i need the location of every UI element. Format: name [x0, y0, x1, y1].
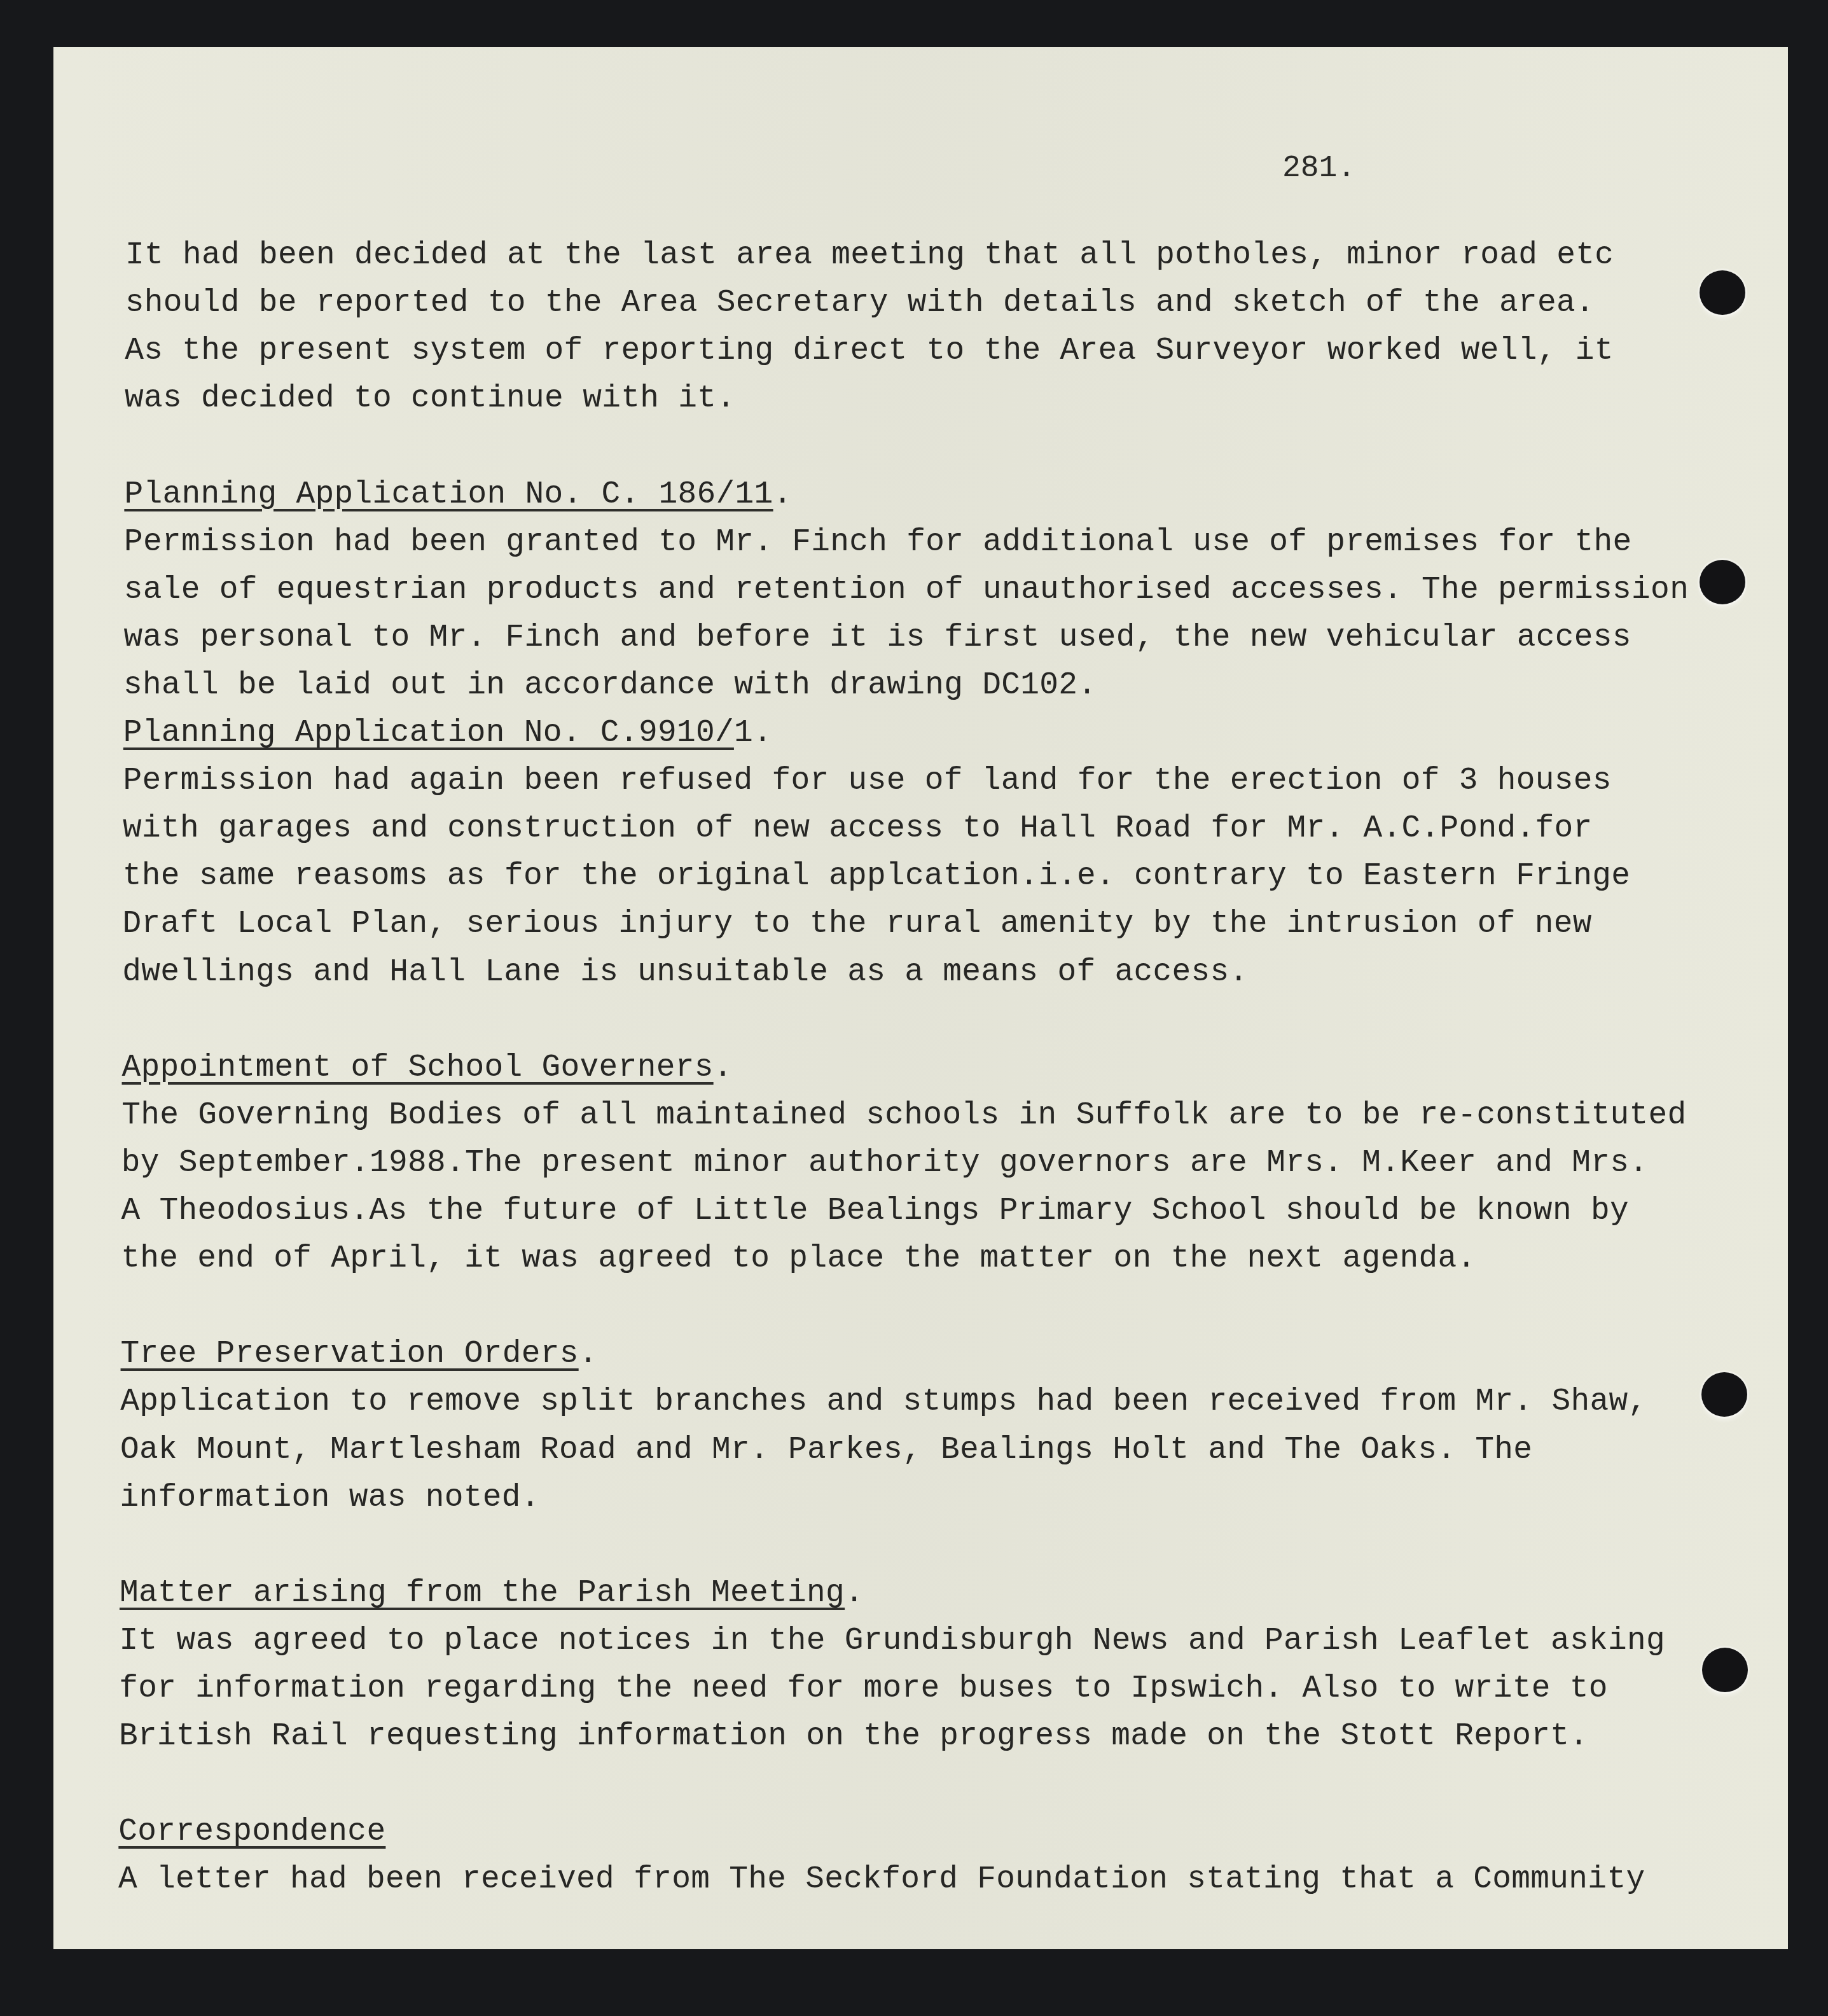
- body-text-line: Application to remove split branches and…: [120, 1384, 1647, 1419]
- line-text: was personal to Mr. Finch and before it …: [123, 620, 1631, 655]
- body-text-line: by September.1988.The present minor auth…: [121, 1145, 1648, 1181]
- heading-text: Correspondence: [118, 1814, 385, 1849]
- body-text-line: British Rail requesting information on t…: [119, 1718, 1588, 1754]
- body-text-line: Permission had been granted to Mr. Finch…: [124, 524, 1631, 560]
- body-text-line: Permission had again been refused for us…: [123, 763, 1611, 798]
- body-text-line: shall be laid out in accordance with dra…: [123, 667, 1097, 703]
- body-text-line: sale of equestrian products and retentio…: [124, 572, 1689, 608]
- body-text-line: It had been decided at the last area mee…: [125, 237, 1614, 273]
- line-text: information was noted.: [120, 1480, 540, 1515]
- page-number: 281.: [1282, 151, 1355, 186]
- body-text-line: It was agreed to place notices in the Gr…: [120, 1623, 1665, 1658]
- body-text-line: with garages and construction of new acc…: [123, 810, 1592, 846]
- line-text: Oak Mount, Martlesham Road and Mr. Parke…: [120, 1432, 1532, 1468]
- heading-text: Planning Application No. C. 186/11: [124, 476, 773, 512]
- body-text-line: Oak Mount, Martlesham Road and Mr. Parke…: [120, 1432, 1532, 1468]
- section-heading: Tree Preservation Orders.: [121, 1336, 598, 1372]
- section-heading: Matter arising from the Parish Meeting.: [120, 1575, 864, 1611]
- heading-trailing-punctuation: .: [773, 476, 793, 512]
- heading-text: Planning Application No. C.9910/: [123, 715, 734, 751]
- heading-trailing-punctuation: .: [714, 1050, 733, 1085]
- section-heading: Planning Application No. C. 186/11.: [124, 476, 792, 512]
- section-heading: Correspondence: [118, 1814, 385, 1849]
- line-text: the end of April, it was agreed to place…: [121, 1241, 1476, 1276]
- line-text: dwellings and Hall Lane is unsuitable as…: [122, 954, 1248, 990]
- line-text: the same reasoms as for the original app…: [123, 858, 1630, 894]
- line-text: with garages and construction of new acc…: [123, 810, 1592, 846]
- body-text-line: A letter had been received from The Seck…: [118, 1861, 1645, 1897]
- body-text-line: A Theodosius.As the future of Little Bea…: [121, 1193, 1629, 1228]
- line-text: Draft Local Plan, serious injury to the …: [122, 906, 1591, 942]
- body-text-line: the same reasoms as for the original app…: [123, 858, 1630, 894]
- section-heading: Appointment of School Governers.: [122, 1050, 733, 1085]
- line-text: The Governing Bodies of all maintained s…: [121, 1097, 1686, 1133]
- section-heading: Planning Application No. C.9910/1.: [123, 715, 772, 751]
- line-text: Permission had been granted to Mr. Finch…: [124, 524, 1631, 560]
- punch-hole-icon: [1700, 560, 1745, 604]
- punch-hole-icon: [1701, 1372, 1747, 1417]
- body-text-line: The Governing Bodies of all maintained s…: [121, 1097, 1686, 1133]
- body-text-line: for information regarding the need for m…: [119, 1671, 1607, 1706]
- line-text: British Rail requesting information on t…: [119, 1718, 1588, 1754]
- heading-text: Matter arising from the Parish Meeting: [120, 1575, 845, 1611]
- line-text: shall be laid out in accordance with dra…: [123, 667, 1097, 703]
- heading-text: Appointment of School Governers: [122, 1050, 714, 1085]
- heading-trailing-punctuation: 1.: [734, 715, 772, 751]
- body-text-line: dwellings and Hall Lane is unsuitable as…: [122, 954, 1248, 990]
- body-text-line: was decided to continue with it.: [125, 380, 735, 416]
- body-text-line: As the present system of reporting direc…: [125, 333, 1613, 368]
- line-text: should be reported to the Area Secretary…: [125, 285, 1595, 321]
- body-text-line: was personal to Mr. Finch and before it …: [123, 620, 1631, 655]
- line-text: sale of equestrian products and retentio…: [124, 572, 1689, 608]
- line-text: for information regarding the need for m…: [119, 1671, 1607, 1706]
- line-text: It was agreed to place notices in the Gr…: [120, 1623, 1665, 1658]
- body-text-line: the end of April, it was agreed to place…: [121, 1241, 1476, 1276]
- line-text: As the present system of reporting direc…: [125, 333, 1613, 368]
- line-text: Permission had again been refused for us…: [123, 763, 1611, 798]
- line-text: by September.1988.The present minor auth…: [121, 1145, 1648, 1181]
- line-text: It had been decided at the last area mee…: [125, 237, 1614, 273]
- punch-hole-icon: [1700, 270, 1745, 315]
- line-text: Application to remove split branches and…: [120, 1384, 1647, 1419]
- line-text: A Theodosius.As the future of Little Bea…: [121, 1193, 1629, 1228]
- heading-trailing-punctuation: .: [845, 1575, 864, 1611]
- line-text: was decided to continue with it.: [125, 380, 735, 416]
- body-text-line: Draft Local Plan, serious injury to the …: [122, 906, 1591, 942]
- body-text-line: should be reported to the Area Secretary…: [125, 285, 1595, 321]
- line-text: A letter had been received from The Seck…: [118, 1861, 1645, 1897]
- heading-text: Tree Preservation Orders: [121, 1336, 579, 1372]
- heading-trailing-punctuation: .: [579, 1336, 598, 1372]
- punch-hole-icon: [1702, 1648, 1748, 1692]
- body-text-line: information was noted.: [120, 1480, 540, 1515]
